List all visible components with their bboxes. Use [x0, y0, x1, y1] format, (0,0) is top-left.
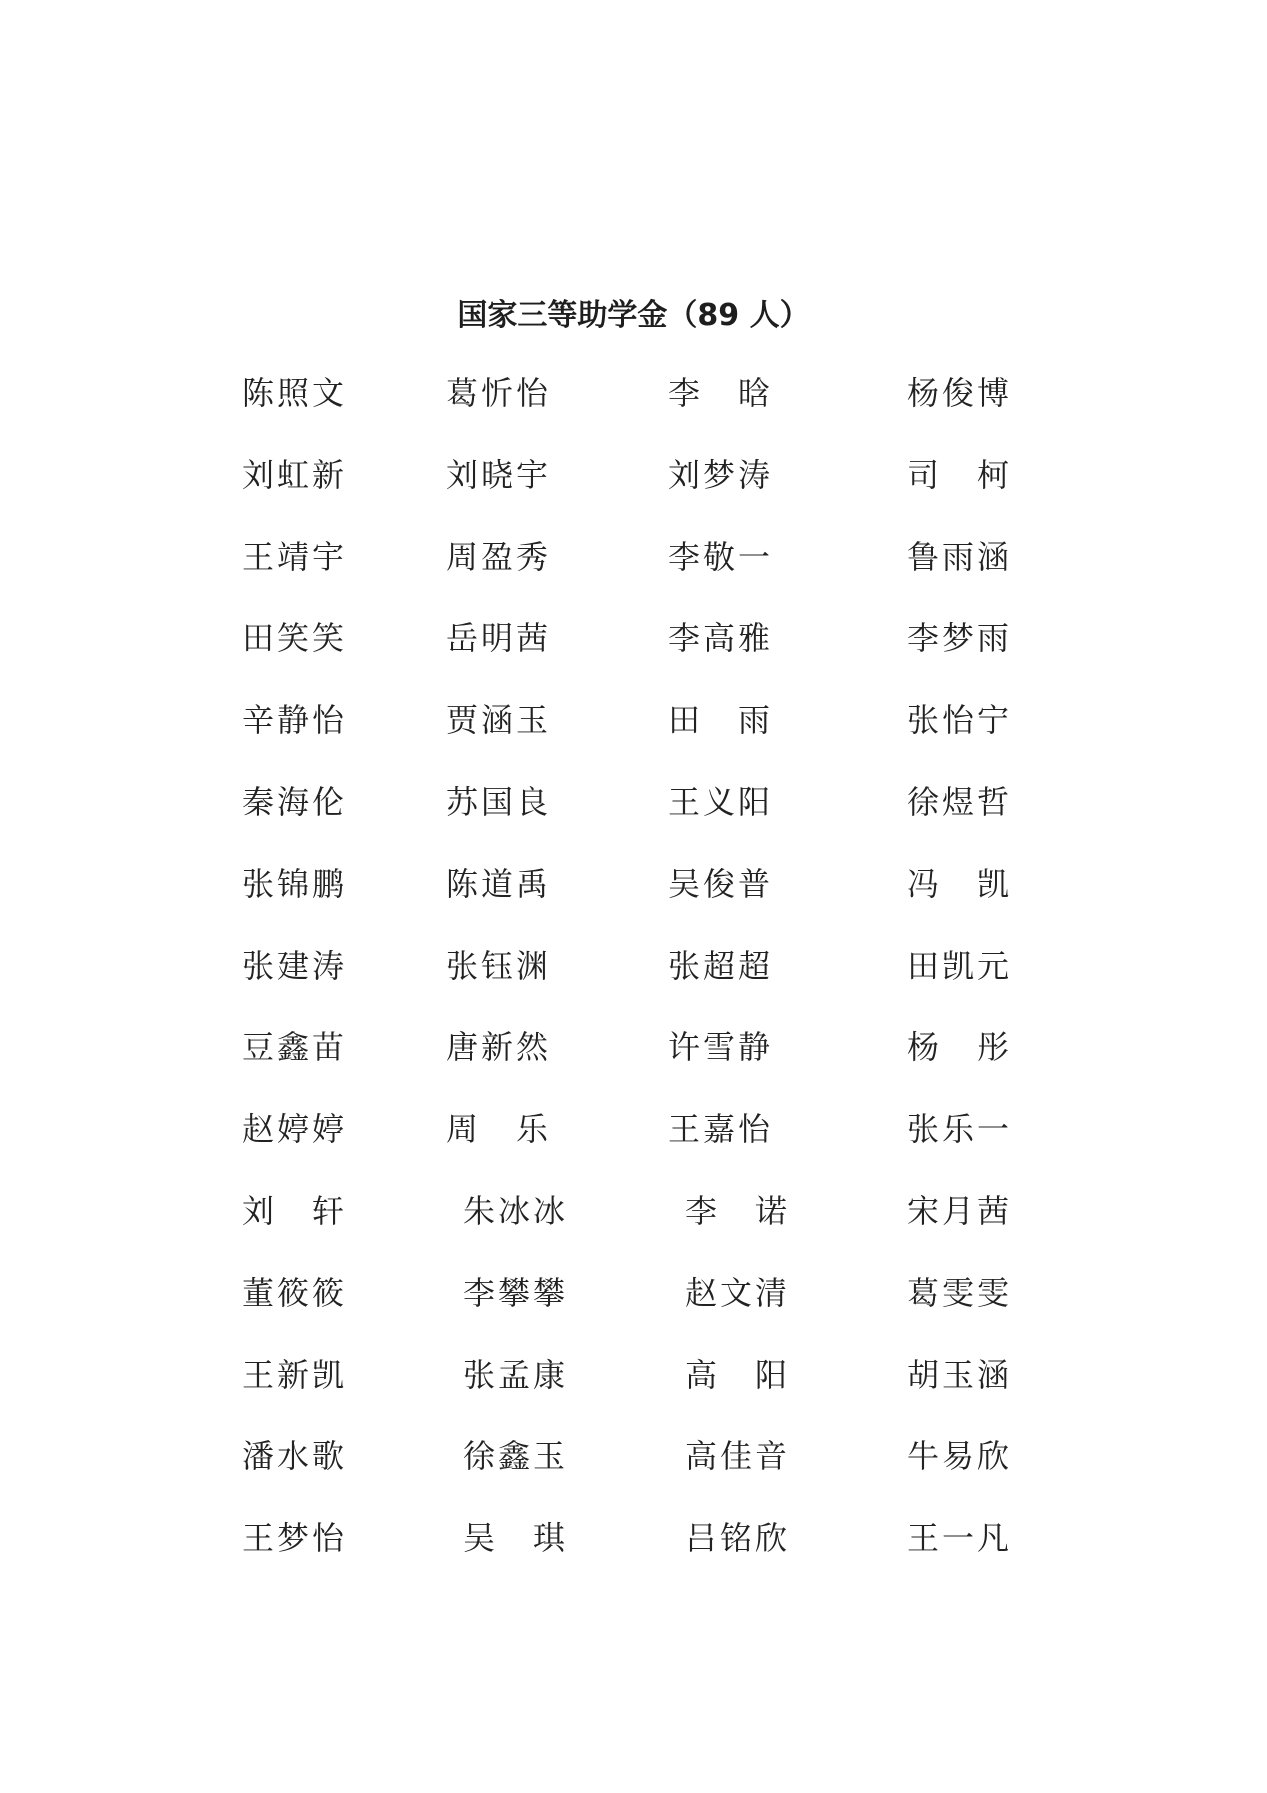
name-row: 王梦怡吴 琪吕铭欣王一凡 — [0, 1516, 1267, 1560]
student-name: 贾涵玉 — [446, 698, 548, 742]
student-name: 张超超 — [668, 944, 770, 988]
student-name: 张建涛 — [242, 944, 344, 988]
student-name: 李 晗 — [668, 371, 770, 415]
student-name: 牛易欣 — [907, 1434, 1009, 1478]
name-row: 王靖宇周盈秀李敬一鲁雨涵 — [0, 535, 1267, 579]
student-name: 吴 琪 — [463, 1516, 565, 1560]
student-name: 李梦雨 — [907, 616, 1009, 660]
student-name: 周盈秀 — [446, 535, 548, 579]
student-name: 刘晓宇 — [446, 453, 548, 497]
student-name: 田笑笑 — [242, 616, 344, 660]
name-row: 王新凯张孟康高 阳胡玉涵 — [0, 1353, 1267, 1397]
student-name: 葛忻怡 — [446, 371, 548, 415]
name-row: 田笑笑岳明茜李高雅李梦雨 — [0, 616, 1267, 660]
name-row: 张锦鹏陈道禹吴俊普冯 凯 — [0, 862, 1267, 906]
student-name: 李敬一 — [668, 535, 770, 579]
student-name: 张乐一 — [907, 1107, 1009, 1151]
name-row: 刘虹新刘晓宇刘梦涛司 柯 — [0, 453, 1267, 497]
student-name: 张钰渊 — [446, 944, 548, 988]
student-name: 王义阳 — [668, 780, 770, 824]
student-name: 王梦怡 — [242, 1516, 344, 1560]
student-name: 吕铭欣 — [685, 1516, 787, 1560]
name-row: 张建涛张钰渊张超超田凯元 — [0, 944, 1267, 988]
student-name: 刘梦涛 — [668, 453, 770, 497]
name-row: 刘 轩朱冰冰李 诺宋月茜 — [0, 1189, 1267, 1233]
student-name: 赵文清 — [685, 1271, 787, 1315]
student-name: 杨 彤 — [907, 1025, 1009, 1069]
student-name: 李高雅 — [668, 616, 770, 660]
student-name: 豆鑫苗 — [242, 1025, 344, 1069]
name-row: 辛静怡贾涵玉田 雨张怡宁 — [0, 698, 1267, 742]
student-name: 高佳音 — [685, 1434, 787, 1478]
student-name: 朱冰冰 — [463, 1189, 565, 1233]
student-name: 秦海伦 — [242, 780, 344, 824]
student-name: 岳明茜 — [446, 616, 548, 660]
student-name: 陈照文 — [242, 371, 344, 415]
student-name: 葛雯雯 — [907, 1271, 1009, 1315]
student-name: 司 柯 — [907, 453, 1009, 497]
student-name: 刘 轩 — [242, 1189, 344, 1233]
student-name: 王一凡 — [907, 1516, 1009, 1560]
student-name: 赵婷婷 — [242, 1107, 344, 1151]
name-row: 赵婷婷周 乐王嘉怡张乐一 — [0, 1107, 1267, 1151]
student-name: 高 阳 — [685, 1353, 787, 1397]
student-name: 宋月茜 — [907, 1189, 1009, 1233]
name-row: 豆鑫苗唐新然许雪静杨 彤 — [0, 1025, 1267, 1069]
student-name: 张孟康 — [463, 1353, 565, 1397]
student-name: 田 雨 — [668, 698, 770, 742]
student-name: 鲁雨涵 — [907, 535, 1009, 579]
student-name: 陈道禹 — [446, 862, 548, 906]
student-name: 张锦鹏 — [242, 862, 344, 906]
name-row: 董筱筱李攀攀赵文清葛雯雯 — [0, 1271, 1267, 1315]
student-name: 周 乐 — [446, 1107, 548, 1151]
student-name: 徐煜哲 — [907, 780, 1009, 824]
student-name: 辛静怡 — [242, 698, 344, 742]
student-name: 徐鑫玉 — [463, 1434, 565, 1478]
student-name: 杨俊博 — [907, 371, 1009, 415]
name-list: 陈照文葛忻怡李 晗杨俊博刘虹新刘晓宇刘梦涛司 柯王靖宇周盈秀李敬一鲁雨涵田笑笑岳… — [0, 0, 1267, 1793]
student-name: 苏国良 — [446, 780, 548, 824]
name-row: 陈照文葛忻怡李 晗杨俊博 — [0, 371, 1267, 415]
name-row: 秦海伦苏国良王义阳徐煜哲 — [0, 780, 1267, 824]
student-name: 董筱筱 — [242, 1271, 344, 1315]
student-name: 李攀攀 — [463, 1271, 565, 1315]
student-name: 张怡宁 — [907, 698, 1009, 742]
student-name: 冯 凯 — [907, 862, 1009, 906]
student-name: 潘水歌 — [242, 1434, 344, 1478]
student-name: 刘虹新 — [242, 453, 344, 497]
student-name: 王嘉怡 — [668, 1107, 770, 1151]
student-name: 许雪静 — [668, 1025, 770, 1069]
student-name: 唐新然 — [446, 1025, 548, 1069]
student-name: 田凯元 — [907, 944, 1009, 988]
student-name: 吴俊普 — [668, 862, 770, 906]
student-name: 胡玉涵 — [907, 1353, 1009, 1397]
student-name: 王靖宇 — [242, 535, 344, 579]
student-name: 王新凯 — [242, 1353, 344, 1397]
document-page: 国家三等助学金（89 人） 陈照文葛忻怡李 晗杨俊博刘虹新刘晓宇刘梦涛司 柯王靖… — [0, 0, 1267, 1793]
name-row: 潘水歌徐鑫玉高佳音牛易欣 — [0, 1434, 1267, 1478]
student-name: 李 诺 — [685, 1189, 787, 1233]
